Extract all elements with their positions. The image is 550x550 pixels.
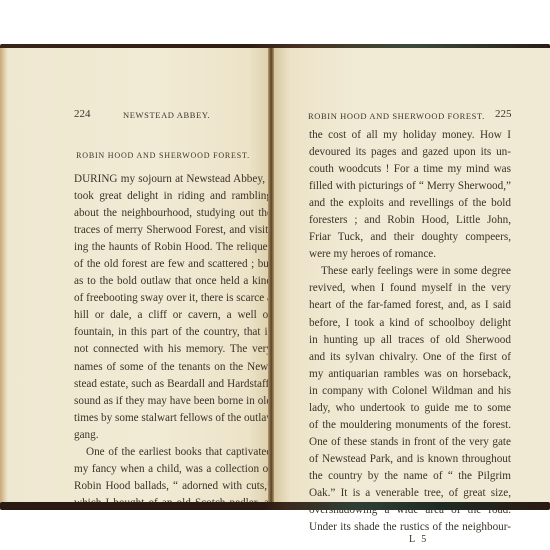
text-line: foresters ; and Robin Hood, Little John, — [309, 212, 511, 229]
page-number-left: 224 — [74, 108, 91, 120]
text-line: Oak.” It is a venerable tree, of great s… — [309, 485, 511, 502]
text-line: One of the earliest books that captivate… — [74, 444, 272, 461]
text-line: couth woodcuts ! For a time my mind was — [309, 161, 511, 178]
text-line: and the exploits and revellings of the b… — [309, 195, 511, 212]
left-page-body: DURING my sojourn at Newstead Abbey, I t… — [74, 171, 272, 512]
text-line: the country by the name of “ the Pilgrim — [309, 468, 511, 485]
text-line: Friar Tuck, and their doughty compeers, — [309, 229, 511, 246]
running-head-right: ROBIN HOOD AND SHERWOOD FOREST. — [308, 111, 485, 121]
text-line: and its sylvan chivalry. One of the firs… — [309, 349, 511, 366]
open-book: 224 NEWSTEAD ABBEY. ROBIN HOOD AND SHERW… — [0, 44, 550, 510]
text-line: as to the bold outlaw that once held a k… — [74, 273, 272, 290]
right-page: ROBIN HOOD AND SHERWOOD FOREST. 225 the … — [274, 48, 550, 504]
text-line: These early feelings were in some degree — [309, 263, 511, 280]
text-line: gang. — [74, 427, 272, 444]
text-line: were my heroes of romance. — [309, 246, 511, 263]
text-line: One of these stands in front of the very… — [309, 434, 511, 451]
text-line: before, I took a kind of schoolboy delig… — [309, 315, 511, 332]
text-line: my antiquarian rambles was on horseback, — [309, 366, 511, 383]
text-line: names of some of the tenants on the New- — [74, 359, 272, 376]
text-line: lady, who undertook to guide me to some — [309, 400, 511, 417]
text-line: ing the haunts of Robin Hood. The reliqu… — [74, 239, 272, 256]
text-line: of the mouldering monuments of the fores… — [309, 417, 511, 434]
left-page: 224 NEWSTEAD ABBEY. ROBIN HOOD AND SHERW… — [0, 48, 270, 504]
text-line: took great delight in riding and ramblin… — [74, 188, 272, 205]
text-line: revived, when I found myself in the very — [309, 280, 511, 297]
right-page-body: the cost of all my holiday money. How I … — [309, 127, 511, 536]
text-line: traces of merry Sherwood Forest, and vis… — [74, 222, 272, 239]
text-line: fountain, in this part of the country, t… — [74, 324, 272, 341]
text-line: in company with Colonel Wildman and his — [309, 383, 511, 400]
text-line: of Newstead Park, and is known throughou… — [309, 451, 511, 468]
text-line: of freebooting sway over it, there is sc… — [74, 290, 272, 307]
text-line: sound as if they may have been borne in … — [74, 393, 272, 410]
text-line: the cost of all my holiday money. How I — [309, 127, 511, 144]
running-head-left: NEWSTEAD ABBEY. — [123, 110, 210, 120]
text-line: devoured its pages and gazed upon its un… — [309, 144, 511, 161]
text-line: hill or dale, a cliff or cavern, a well … — [74, 307, 272, 324]
text-line: of the old forest are few and scattered … — [74, 256, 272, 273]
text-line: stead estate, such as Beardall and Hards… — [74, 376, 272, 393]
text-line: in hunting up all traces of old Sherwood — [309, 332, 511, 349]
text-line: Robin Hood ballads, “ adorned with cuts,… — [74, 478, 272, 495]
page-number-right: 225 — [495, 108, 512, 120]
signature-mark: L 5 — [409, 534, 428, 545]
text-line: not connected with his memory. The very — [74, 341, 272, 358]
book-board-bottom — [0, 502, 550, 510]
text-line: about the neighbourhood, studying out th… — [74, 205, 272, 222]
text-line: my fancy when a child, was a collection … — [74, 461, 272, 478]
text-line: filled with picturings of “ Merry Sherwo… — [309, 178, 511, 195]
text-line: DURING my sojourn at Newstead Abbey, I — [74, 171, 272, 188]
text-line: times by some stalwart fellows of the ou… — [74, 410, 272, 427]
text-line: heart of the far-famed forest, and, as I… — [309, 297, 511, 314]
chapter-heading: ROBIN HOOD AND SHERWOOD FOREST. — [60, 151, 266, 160]
